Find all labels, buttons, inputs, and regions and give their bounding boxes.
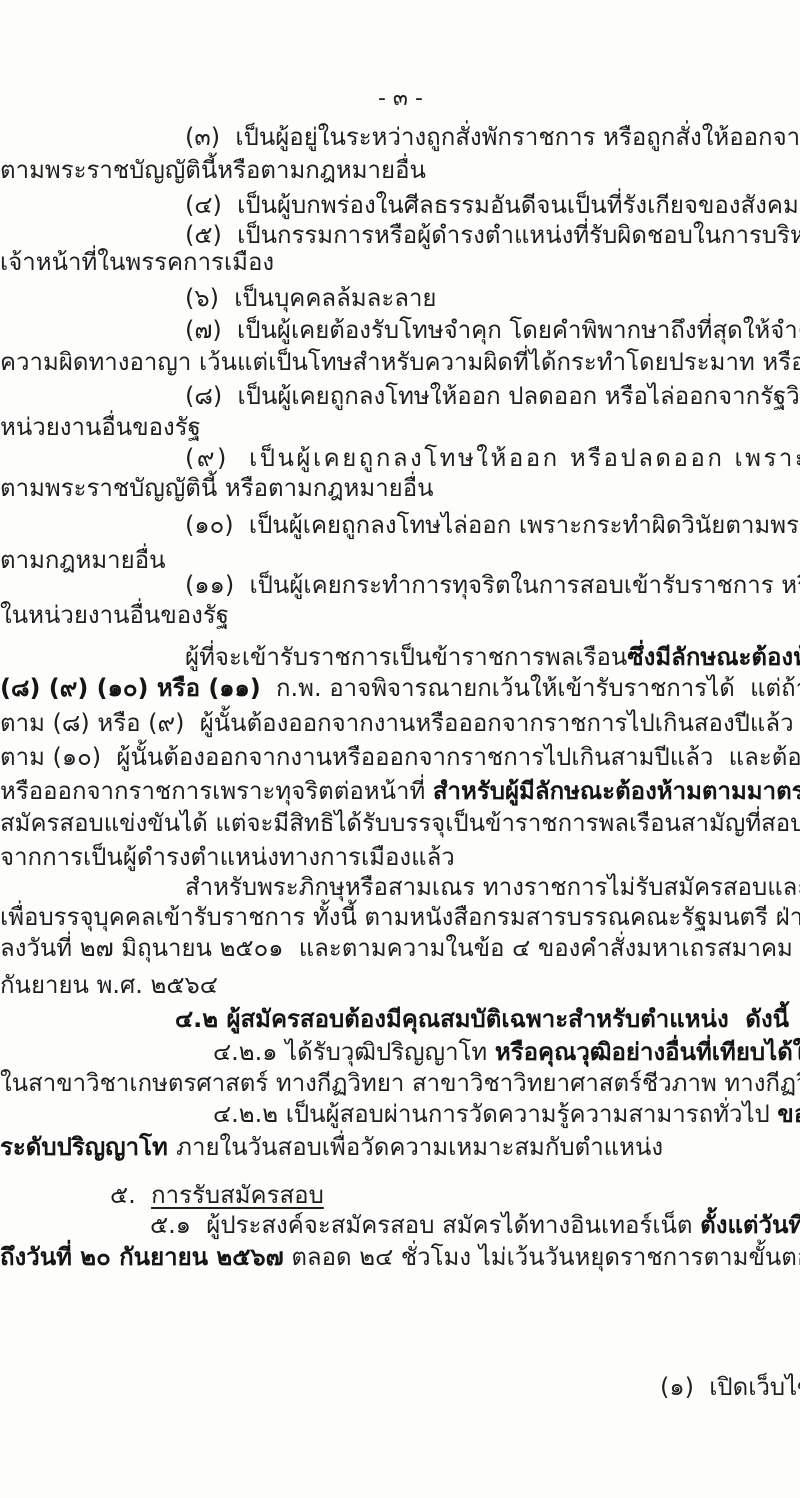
clause-8-line-2: หน่วยงานอื่นของรัฐ — [0, 412, 201, 442]
section-5-heading: ๕. การรับสมัครสอบ — [110, 1180, 324, 1210]
clause-7-line-1-seg-0: (๗) เป็นผู้เคยต้องรับโทษจำคุก โดยคำพิพาก… — [185, 316, 800, 344]
section-4-2-2-line-2-seg-0: ระดับปริญญาโท — [0, 1133, 176, 1161]
exemption-para-line-6: สมัครสอบแข่งขันได้ แต่จะมีสิทธิได้รับบรร… — [0, 808, 800, 838]
clause-10-line-2: ตามกฎหมายอื่น — [0, 545, 166, 575]
section-5-1-line-2-seg-0: ถึงวันที่ ๒๐ กันยายน ๒๕๖๗ — [0, 1243, 284, 1271]
clause-4-seg-0: (๔) เป็นผู้บกพร่องในศีลธรรมอันดีจนเป็นที… — [185, 191, 799, 219]
clause-10-line-2-seg-0: ตามกฎหมายอื่น — [0, 546, 166, 574]
exemption-para-line-3-seg-0: ตาม (๘) หรือ (๙) ผู้นั้นต้องออกจากงานหรื… — [0, 709, 800, 737]
clause-3-line-1: (๓) เป็นผู้อยู่ในระหว่างถูกสั่งพักราชการ… — [185, 122, 800, 152]
exemption-para-line-2-seg-0: (๘) (๙) (๑๐) หรือ (๑๑) — [0, 674, 261, 702]
section-5-1-line-1-seg-0: ๕.๑ ผู้ประสงค์จะสมัครสอบ สมัครได้ทางอินเ… — [150, 1211, 700, 1239]
exemption-para-line-4: ตาม (๑๐) ผู้นั้นต้องออกจากงานหรือออกจากร… — [0, 742, 800, 772]
clause-3-line-2: ตามพระราชบัญญัตินี้หรือตามกฎหมายอื่น — [0, 155, 426, 185]
clause-8-line-1-seg-0: (๘) เป็นผู้เคยถูกลงโทษให้ออก ปลดออก หรือ… — [185, 382, 800, 410]
monk-para-line-2-seg-0: เพื่อบรรจุบุคคลเข้ารับราชการ ทั้งนี้ ตาม… — [0, 903, 800, 931]
section-4-2-1-line-1-seg-1: หรือคุณวุฒิอย่างอื่นที่เทียบได้ในระดับเด… — [495, 1038, 800, 1066]
exemption-para-line-1: ผู้ที่จะเข้ารับราชการเป็นข้าราชการพลเรือ… — [185, 642, 800, 672]
exemption-para-line-5-seg-0: หรือออกจากราชการเพราะทุจริตต่อหน้าที่ — [0, 777, 433, 805]
exemption-para-line-5-seg-1: สำหรับผู้มีลักษณะต้องห้ามตามมาตรา ๓๖ ข. … — [433, 777, 800, 805]
page-number: - ๓ - — [378, 84, 423, 114]
clause-11-line-2: ในหน่วยงานอื่นของรัฐ — [0, 600, 229, 630]
exemption-para-line-1-seg-1: ซึ่งมีลักษณะต้องห้าม ตาม ข. (๔) (๖) (๗) — [627, 643, 800, 671]
clause-5-line-1: (๕) เป็นกรรมการหรือผู้ดำรงตำแหน่งที่รับผ… — [185, 220, 800, 250]
clause-9-line-2-seg-0: ตามพระราชบัญญัตินี้ หรือตามกฎหมายอื่น — [0, 474, 434, 502]
exemption-para-line-4-seg-0: ตาม (๑๐) ผู้นั้นต้องออกจากงานหรือออกจากร… — [0, 743, 800, 771]
section-4-2-2-line-2-seg-1: ภายในวันสอบเพื่อวัดความเหมาะสมกับตำแหน่ง — [176, 1133, 663, 1161]
monk-para-line-3-seg-0: ลงวันที่ ๒๗ มิถุนายน ๒๕๐๑ และตามความในข้… — [0, 934, 800, 962]
clause-9-line-1-seg-0: (๙) เป็นผู้เคยถูกลงโทษให้ออก หรือปลดออก … — [185, 444, 800, 472]
clause-5-line-1-seg-0: (๕) เป็นกรรมการหรือผู้ดำรงตำแหน่งที่รับผ… — [185, 221, 800, 249]
clause-3-line-1-seg-0: (๓) เป็นผู้อยู่ในระหว่างถูกสั่งพักราชการ… — [185, 123, 800, 151]
clause-9-line-1: (๙) เป็นผู้เคยถูกลงโทษให้ออก หรือปลดออก … — [185, 443, 800, 473]
monk-para-line-4-seg-0: กันยายน พ.ศ. ๒๕๖๔ — [0, 971, 218, 999]
page-number-seg-0: - ๓ - — [378, 86, 423, 111]
exemption-para-line-7-seg-0: จากการเป็นผู้ดำรงตำแหน่งทางการเมืองแล้ว — [0, 843, 455, 871]
document-page: - ๓ -(๓) เป็นผู้อยู่ในระหว่างถูกสั่งพักร… — [0, 0, 800, 1498]
exemption-para-line-6-seg-0: สมัครสอบแข่งขันได้ แต่จะมีสิทธิได้รับบรร… — [0, 809, 800, 837]
clause-7-line-2-seg-0: ความผิดทางอาญา เว้นแต่เป็นโทษสำหรับความผ… — [0, 348, 800, 376]
catchword: (๑) เปิดเว็บไซต์... — [660, 1372, 800, 1402]
clause-5-line-2-seg-0: เจ้าหน้าที่ในพรรคการเมือง — [0, 248, 274, 276]
section-4-2-1-line-2-seg-0: ในสาขาวิชาเกษตรศาสตร์ ทางกีฏวิทยา สาขาวิ… — [0, 1069, 800, 1097]
exemption-para-line-3: ตาม (๘) หรือ (๙) ผู้นั้นต้องออกจากงานหรื… — [0, 708, 800, 738]
section-5-heading-seg-1: การรับสมัครสอบ — [151, 1181, 324, 1209]
section-4-2-1-line-2: ในสาขาวิชาเกษตรศาสตร์ ทางกีฏวิทยา สาขาวิ… — [0, 1068, 800, 1098]
exemption-para-line-2-seg-1: ก.พ. อาจพิจารณายกเว้นให้เข้ารับราชการได้… — [261, 674, 800, 702]
section-4-2-2-line-1-seg-0: ๔.๒.๒ เป็นผู้สอบผ่านการวัดความรู้ความสาม… — [213, 1100, 777, 1128]
monk-para-line-4: กันยายน พ.ศ. ๒๕๖๔ — [0, 970, 218, 1000]
clause-8-line-2-seg-0: หน่วยงานอื่นของรัฐ — [0, 413, 201, 441]
clause-6: (๖) เป็นบุคคลล้มละลาย — [185, 283, 436, 313]
clause-7-line-1: (๗) เป็นผู้เคยต้องรับโทษจำคุก โดยคำพิพาก… — [185, 315, 800, 345]
clause-11-line-1-seg-0: (๑๑) เป็นผู้เคยกระทำการทุจริตในการสอบเข้… — [185, 571, 800, 599]
section-5-1-line-2: ถึงวันที่ ๒๐ กันยายน ๒๕๖๗ ตลอด ๒๔ ชั่วโม… — [0, 1242, 800, 1272]
section-4-2-heading: ๔.๒ ผู้สมัครสอบต้องมีคุณสมบัติเฉพาะสำหรั… — [175, 1004, 789, 1034]
clause-6-seg-0: (๖) เป็นบุคคลล้มละลาย — [185, 284, 436, 312]
monk-para-line-3: ลงวันที่ ๒๗ มิถุนายน ๒๕๐๑ และตามความในข้… — [0, 933, 800, 963]
catchword-seg-0: (๑) เปิดเว็บไซต์... — [660, 1373, 800, 1401]
section-5-1-line-1: ๕.๑ ผู้ประสงค์จะสมัครสอบ สมัครได้ทางอินเ… — [150, 1210, 800, 1240]
clause-7-line-2: ความผิดทางอาญา เว้นแต่เป็นโทษสำหรับความผ… — [0, 347, 800, 377]
section-4-2-2-line-1: ๔.๒.๒ เป็นผู้สอบผ่านการวัดความรู้ความสาม… — [213, 1099, 800, 1129]
clause-5-line-2: เจ้าหน้าที่ในพรรคการเมือง — [0, 247, 274, 277]
exemption-para-line-2: (๘) (๙) (๑๐) หรือ (๑๑) ก.พ. อาจพิจารณายก… — [0, 673, 800, 703]
section-4-2-1-line-1: ๔.๒.๑ ได้รับวุฒิปริญญาโท หรือคุณวุฒิอย่า… — [213, 1037, 800, 1067]
section-4-2-2-line-2: ระดับปริญญาโท ภายในวันสอบเพื่อวัดความเหม… — [0, 1132, 663, 1162]
clause-11-line-2-seg-0: ในหน่วยงานอื่นของรัฐ — [0, 601, 229, 629]
section-4-2-1-line-1-seg-0: ๔.๒.๑ ได้รับวุฒิปริญญาโท — [213, 1038, 495, 1066]
monk-para-line-1-seg-0: สำหรับพระภิกษุหรือสามเณร ทางราชการไม่รับ… — [185, 873, 800, 901]
exemption-para-line-7: จากการเป็นผู้ดำรงตำแหน่งทางการเมืองแล้ว — [0, 842, 455, 872]
exemption-para-line-5: หรือออกจากราชการเพราะทุจริตต่อหน้าที่ สำ… — [0, 776, 800, 806]
monk-para-line-1: สำหรับพระภิกษุหรือสามเณร ทางราชการไม่รับ… — [185, 872, 800, 902]
section-5-1-line-2-seg-1: ตลอด ๒๔ ชั่วโมง ไม่เว้นวันหยุดราชการตามข… — [284, 1243, 800, 1271]
clause-10-line-1-seg-0: (๑๐) เป็นผู้เคยถูกลงโทษไล่ออก เพราะกระทำ… — [185, 511, 800, 539]
monk-para-line-2: เพื่อบรรจุบุคคลเข้ารับราชการ ทั้งนี้ ตาม… — [0, 902, 800, 932]
clause-11-line-1: (๑๑) เป็นผู้เคยกระทำการทุจริตในการสอบเข้… — [185, 570, 800, 600]
clause-10-line-1: (๑๐) เป็นผู้เคยถูกลงโทษไล่ออก เพราะกระทำ… — [185, 510, 800, 540]
clause-4: (๔) เป็นผู้บกพร่องในศีลธรรมอันดีจนเป็นที… — [185, 190, 799, 220]
clause-8-line-1: (๘) เป็นผู้เคยถูกลงโทษให้ออก ปลดออก หรือ… — [185, 381, 800, 411]
section-5-1-line-1-seg-1: ตั้งแต่วันที่ ๒ กันยายน ๒๕๖๗ — [700, 1211, 800, 1239]
section-5-heading-seg-0: ๕. — [110, 1181, 151, 1209]
section-4-2-heading-seg-0: ๔.๒ ผู้สมัครสอบต้องมีคุณสมบัติเฉพาะสำหรั… — [175, 1005, 789, 1033]
clause-9-line-2: ตามพระราชบัญญัตินี้ หรือตามกฎหมายอื่น — [0, 473, 434, 503]
exemption-para-line-1-seg-0: ผู้ที่จะเข้ารับราชการเป็นข้าราชการพลเรือ… — [185, 643, 627, 671]
section-4-2-2-line-1-seg-1: ของสำนักงาน ก.พ. — [777, 1100, 800, 1128]
clause-3-line-2-seg-0: ตามพระราชบัญญัตินี้หรือตามกฎหมายอื่น — [0, 156, 426, 184]
